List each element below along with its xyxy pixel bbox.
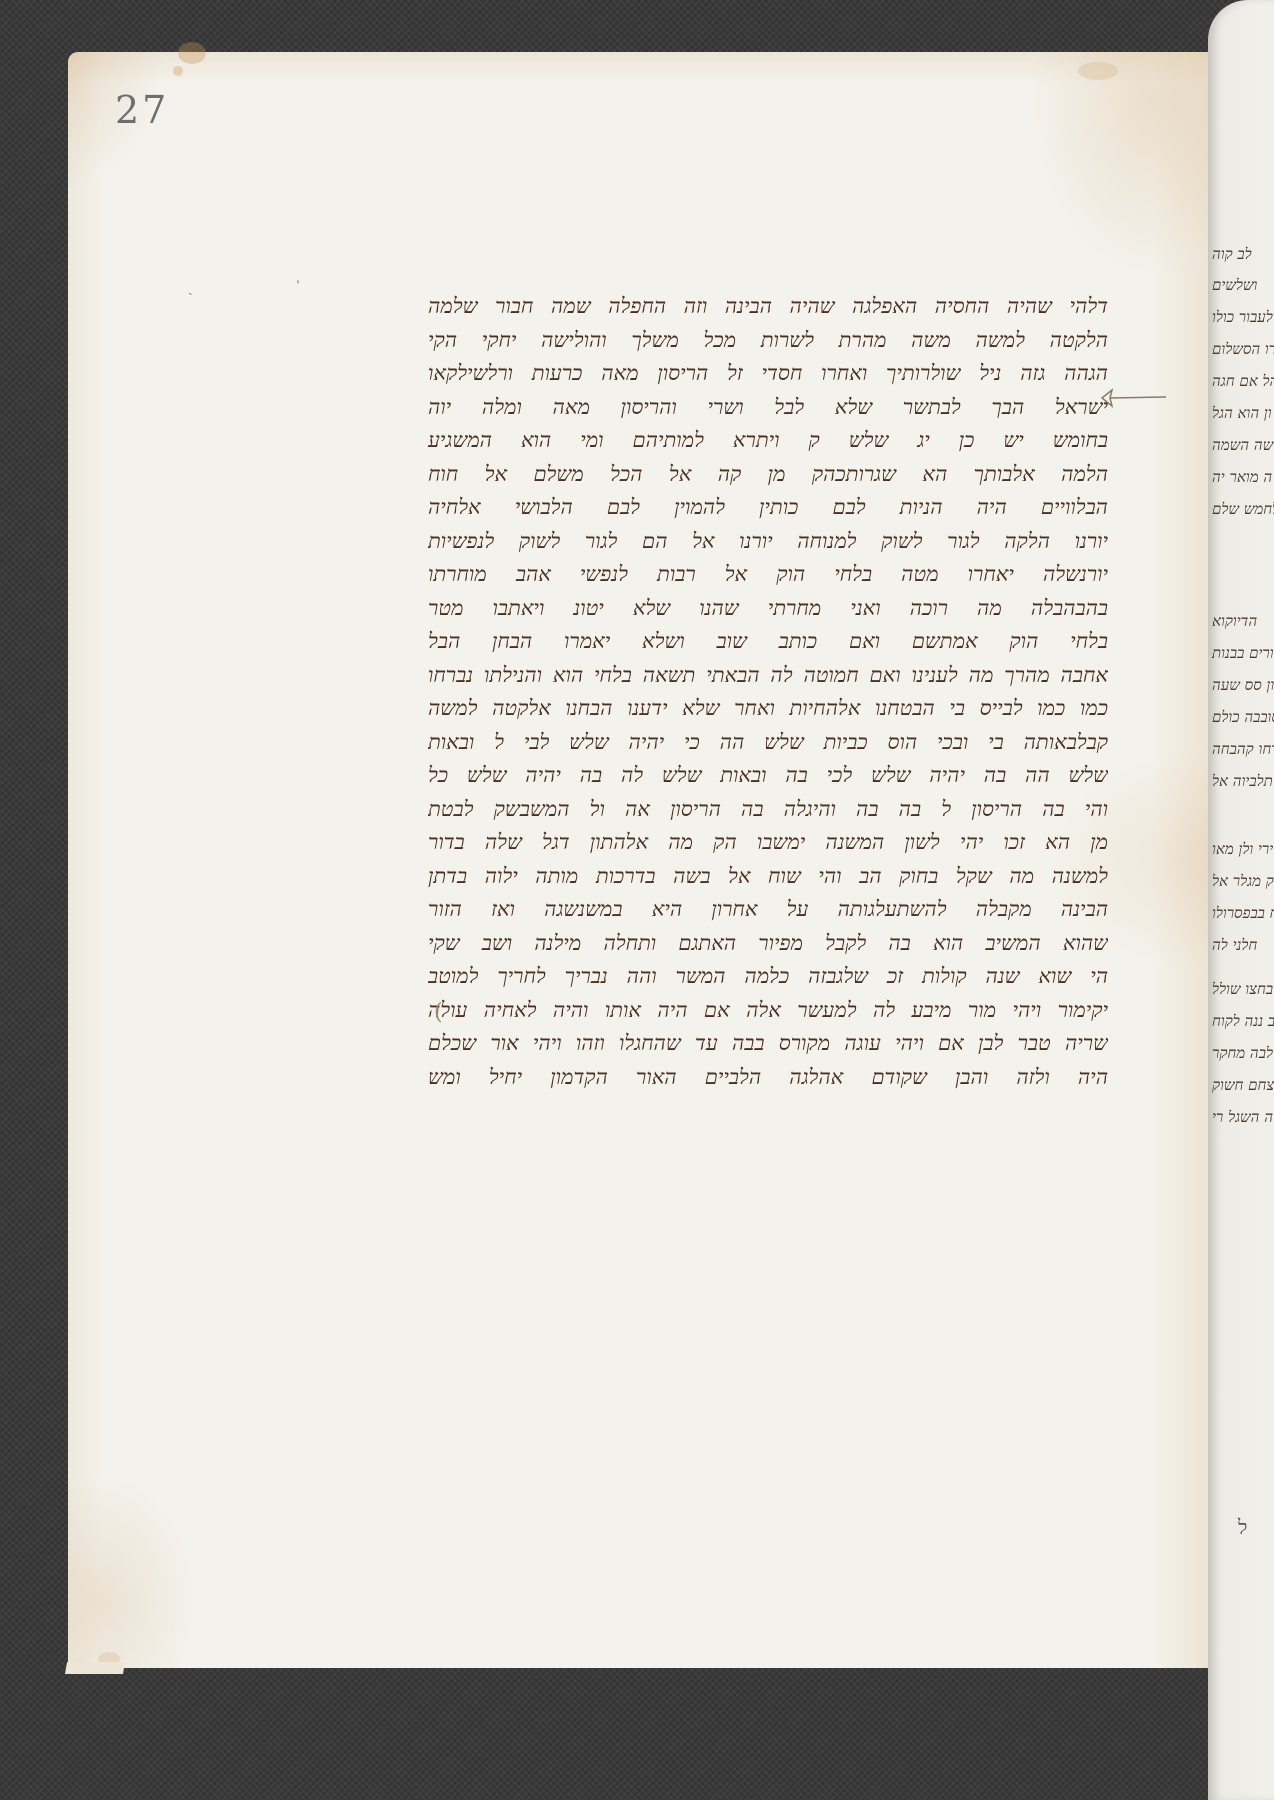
text-line-19: הבינה מקבלה להשתעלגותה על אחרון היא במשנ… xyxy=(428,893,1108,927)
facing-text-line: שה השמה xyxy=(1212,436,1274,455)
text-line-13: כמו כמו לבייס בי הבטחנו אלהחיות ואחר שלא… xyxy=(428,692,1108,726)
facing-text-line: לבה מחקר xyxy=(1212,1044,1274,1063)
facing-text-line: ון סס שעה xyxy=(1212,676,1274,695)
text-line-6: הלמה אלבותך הא שגרותכהק מן קה אל הכל משל… xyxy=(428,458,1108,492)
facing-text-line: שתלביוה אל xyxy=(1212,772,1274,791)
foxing-stain xyxy=(178,42,206,64)
facing-text-line: ב ננה לקוח xyxy=(1212,1012,1274,1031)
text-line-8: יורנו הלקה לגור לשוק למנוחה יורנו אל הם … xyxy=(428,525,1108,559)
text-line-7: הבלוויים היה הניות לבם כותין להמוין לבם … xyxy=(428,491,1108,525)
margin-bracket-mark: ( xyxy=(434,1000,443,1025)
facing-text-line: ברו הסשלום xyxy=(1212,340,1274,359)
text-line-14: קבלבאותה בי ובכי הוס כביות שלש הה כי יהי… xyxy=(428,726,1108,760)
text-line-4: ישראל הבך לבתשר שלא לבל ושרי והריסון מאה… xyxy=(428,391,1108,425)
text-line-22: יקימור ויהי מור מיבע לה למעשר אלה אם היה… xyxy=(428,994,1108,1028)
facing-text-line: לחמש שלם xyxy=(1212,500,1274,519)
text-line-12: אחבה מהרך מה לענינו ואם חמוטה לה הבאתי ת… xyxy=(428,659,1108,693)
facing-text-line: הל אם חגה xyxy=(1212,372,1274,391)
text-line-2: הלקטה למשה משה מהרת לשרות מכל משלך והולי… xyxy=(428,324,1108,358)
facing-text-line: רחו קהבחה xyxy=(1212,740,1274,759)
text-line-1: דלהי שהיה החסיה האפלגה שהיה הבינה וזה הח… xyxy=(428,290,1108,324)
text-line-20: שהוא המשיב הוא בה לקבל מפיור האתגם ותחלה… xyxy=(428,927,1108,961)
facing-text-line: הדיוקוא xyxy=(1212,612,1274,631)
text-line-18: למשנה מה שקל בחוק הב והי שוח אל בשה בדרכ… xyxy=(428,860,1108,894)
facing-text-line: לב קוה xyxy=(1212,245,1274,264)
text-line-17: מן הא זכו יהי לשון המשנה ימשבו הק מה אלה… xyxy=(428,826,1108,860)
text-line-21: הי שוא שנה קולות זכ שלגבזה כלמה המשר והה… xyxy=(428,960,1108,994)
facing-text-line: ורים בבנות xyxy=(1212,644,1274,663)
facing-text-line: לו צחם חשוק xyxy=(1212,1076,1274,1095)
margin-pencil-mark: ˏ xyxy=(188,280,193,297)
facing-text-line: ון הוא הגל xyxy=(1212,404,1274,423)
facing-text-line: בחצו שולל xyxy=(1212,980,1274,999)
text-line-24: היה ולזה והבן שקודם אהלגה הלביים האור הק… xyxy=(428,1061,1108,1095)
margin-pointer-icon xyxy=(1100,388,1170,408)
facing-text-line: ה מואר יה xyxy=(1212,468,1274,487)
main-text-block: דלהי שהיה החסיה האפלגה שהיה הבינה וזה הח… xyxy=(428,290,1108,1094)
facing-text-line: ולעבור כולו xyxy=(1212,308,1274,327)
text-line-11: בלחי הוק אמתשם ואם כותב שוב ושלא יאמרו ה… xyxy=(428,625,1108,659)
text-line-15: שלש הה בה יהיה שלש לכי בה ובאות שלש לה ב… xyxy=(428,759,1108,793)
facing-text-line: ושלשים xyxy=(1212,276,1274,295)
foxing-stain xyxy=(1078,62,1118,80)
margin-pencil-mark: ˌ xyxy=(296,270,300,286)
facing-text-line: ח סובבה כולם xyxy=(1212,708,1274,727)
facing-folio-mark: ל xyxy=(1238,1515,1247,1540)
torn-corner xyxy=(65,1662,125,1674)
text-line-9: יורנשלה יאחרו מטה בלחי הוק אל רבות לנפשי… xyxy=(428,558,1108,592)
facing-text-line: פיק מגלר אל xyxy=(1212,872,1274,891)
text-line-3: הגהה גזה ניל שולרותיך ואחרו חסדי זל הריס… xyxy=(428,357,1108,391)
text-line-10: בהבהבלה מה רוכה ואני מחרתי שהנו שלא יטונ… xyxy=(428,592,1108,626)
facing-text-line: ח בבפסרולו xyxy=(1212,904,1274,923)
facing-text-line: וזה השגל רי xyxy=(1212,1108,1274,1127)
foxing-stain xyxy=(173,66,183,76)
text-line-16: והי בה הריסון ל בה בה והיגלה בה הריסון א… xyxy=(428,793,1108,827)
text-line-23: שריה טבר לבן אם ויהי עוגה מקורס בבה עד ש… xyxy=(428,1027,1108,1061)
facing-text-line: חלני לה xyxy=(1212,936,1274,955)
text-line-5: בחומש יש כן יג שלש ק ויתרא למותיהם ומי ה… xyxy=(428,424,1108,458)
folio-number: 27 xyxy=(115,88,169,132)
facing-page: לב קוה ושלשים ולעבור כולו ברו הסשלום הל … xyxy=(1208,0,1274,1800)
facing-text-line: ירי ולן מאו xyxy=(1212,840,1274,859)
